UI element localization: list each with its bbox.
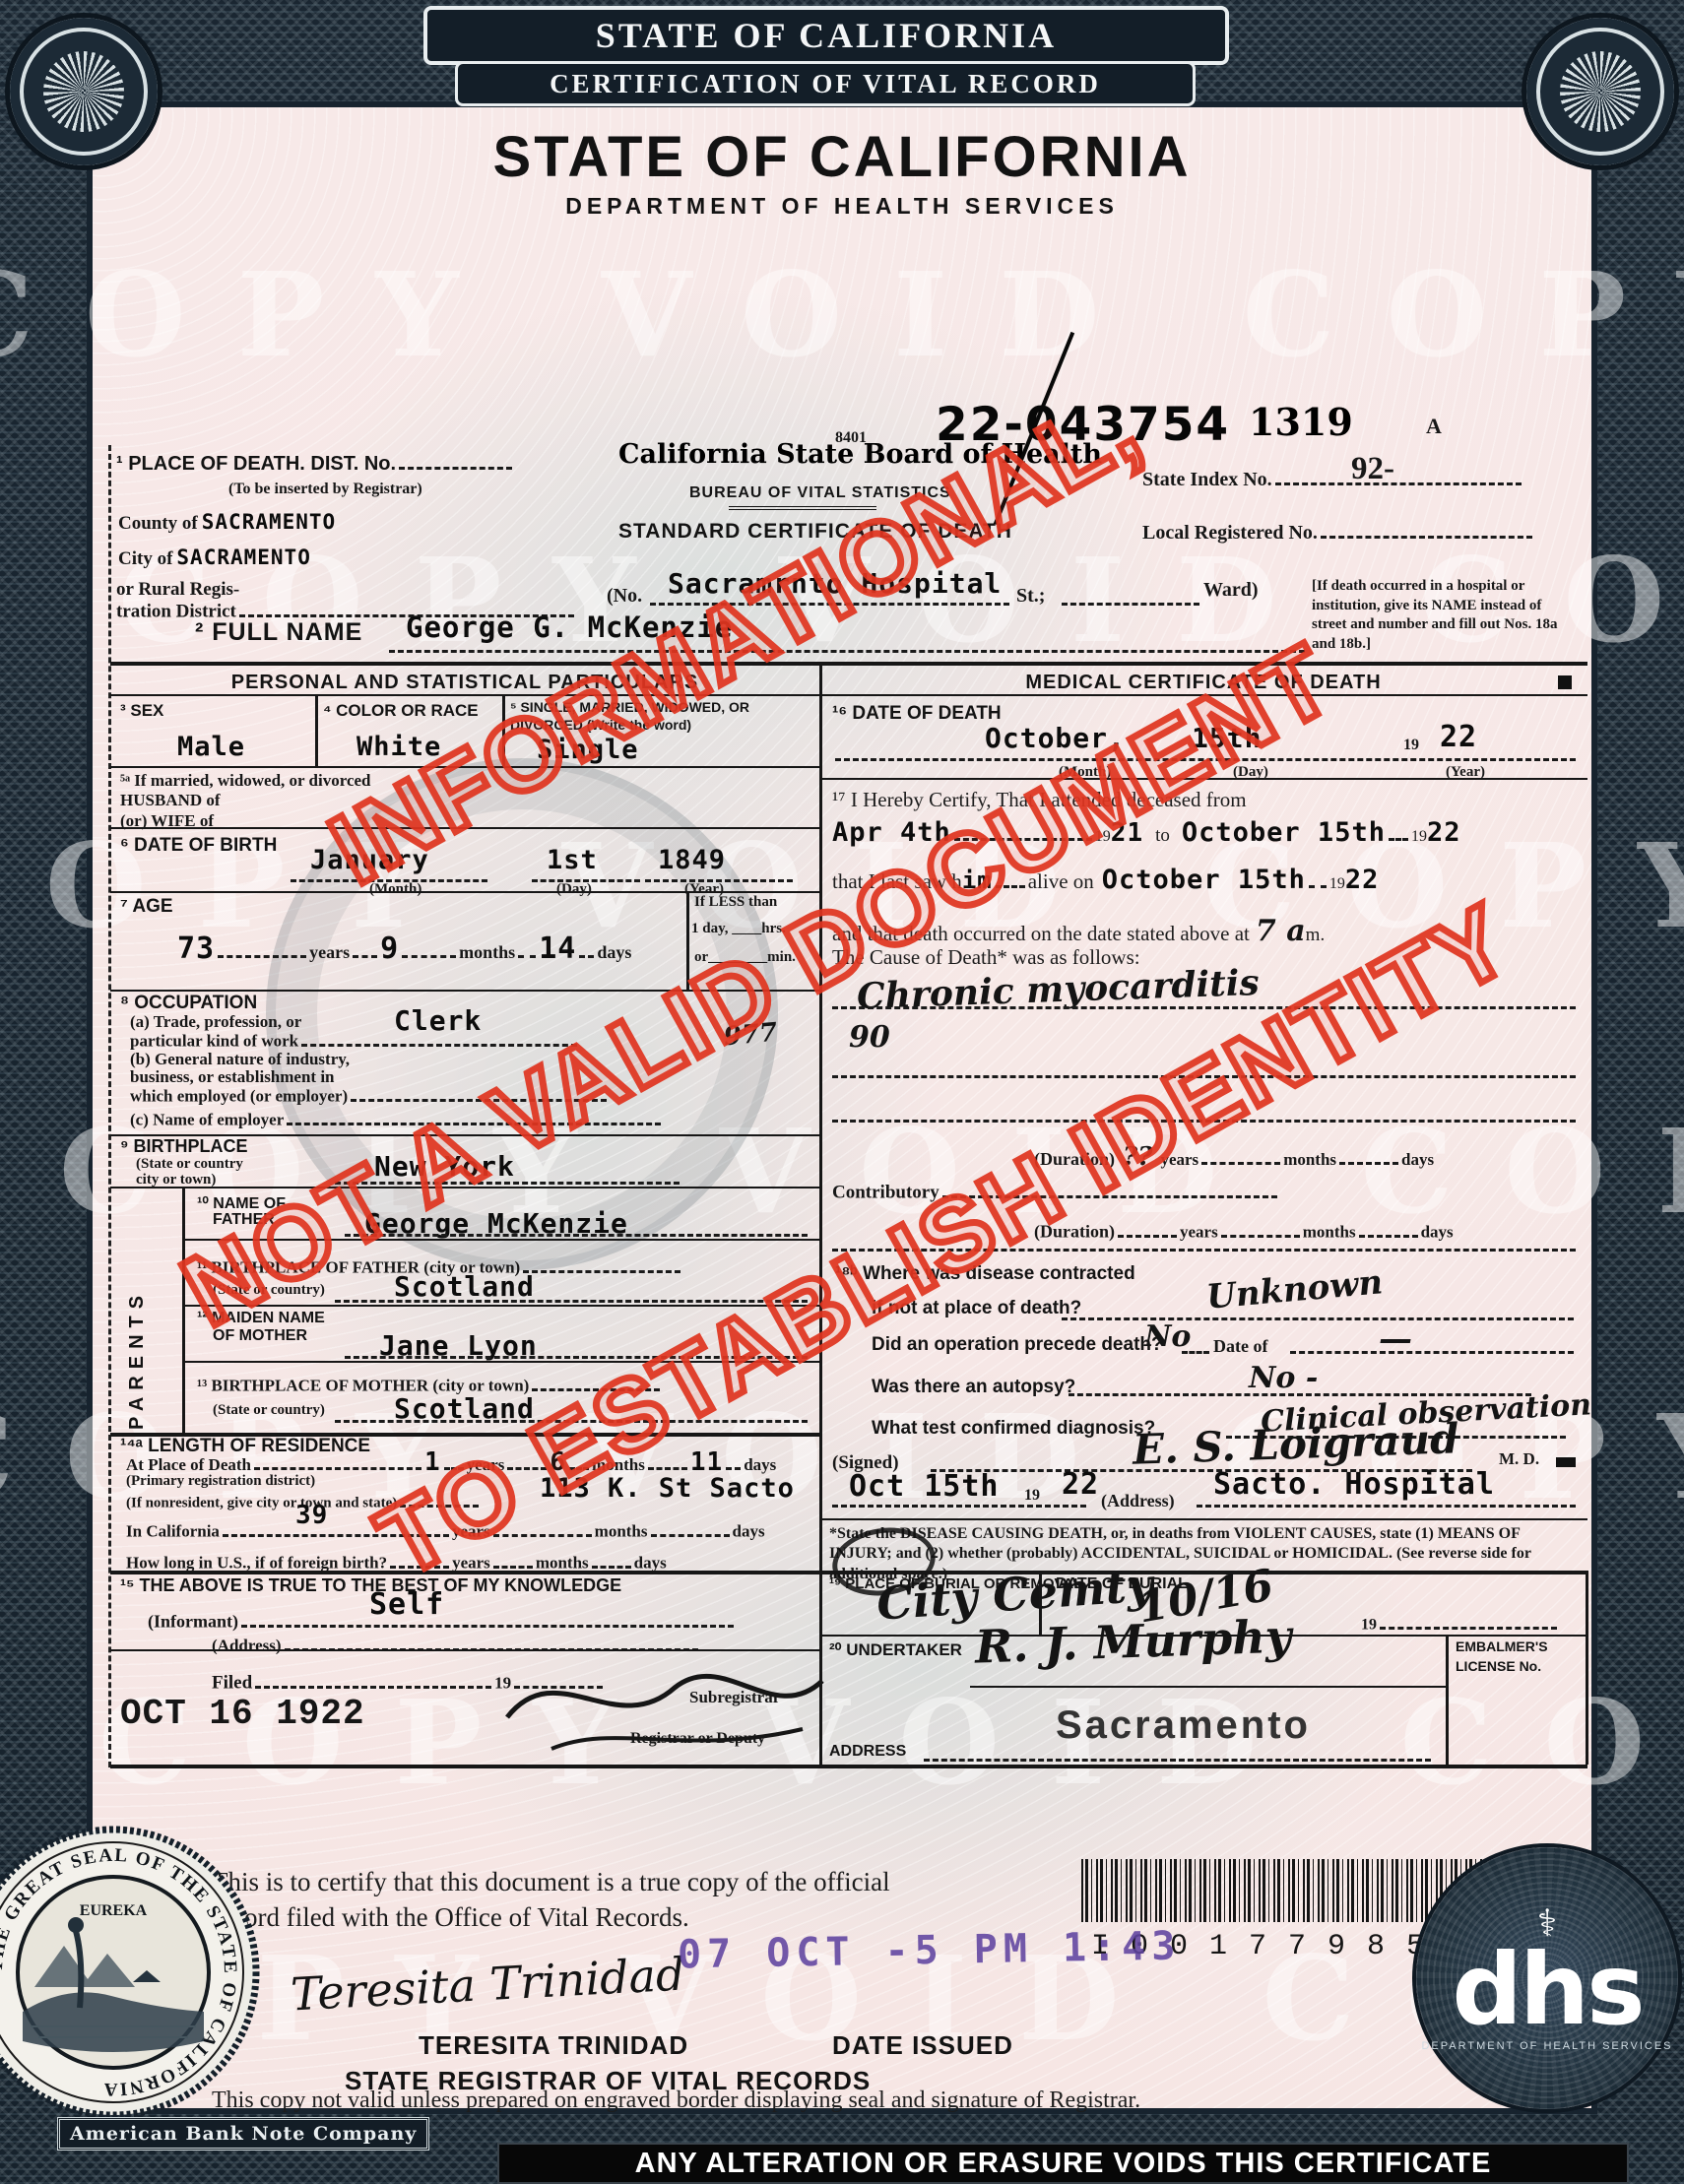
alive-date-value: October 15th xyxy=(1102,865,1306,895)
rule xyxy=(110,891,819,893)
city-label: City of xyxy=(118,548,172,569)
blank-line xyxy=(1309,871,1327,888)
printer-mark xyxy=(1558,675,1572,689)
days-word: days xyxy=(634,1554,667,1573)
blank-line xyxy=(335,1182,680,1185)
registrar-name: TERESITA TRINIDAD xyxy=(419,2030,688,2061)
cell-divider xyxy=(502,694,505,766)
personal-particulars-header: PERSONAL AND STATISTICAL PARTICULARS xyxy=(110,672,819,694)
full-name-value: George G. McKenzie xyxy=(406,610,733,644)
employer-label: (c) Name of employer xyxy=(130,1111,284,1129)
occupation-b-label-1: (b) General nature of industry, xyxy=(130,1050,350,1069)
state-file-number-stamp: 22-043754 xyxy=(936,398,1230,452)
disease-contracted-label-2: if not at place of death? xyxy=(872,1298,1081,1319)
days-word: days xyxy=(1401,1150,1434,1169)
sacramento-stamp: Sacramento xyxy=(1056,1703,1311,1748)
blank-line xyxy=(351,1085,607,1102)
blank-line xyxy=(390,1552,449,1569)
certification-text: This is to certify that this document is… xyxy=(212,1864,890,1936)
autopsy-label: Was there an autopsy? xyxy=(872,1377,1075,1398)
address-caption: (Address) xyxy=(1101,1491,1175,1511)
printer-mark xyxy=(1556,1457,1576,1467)
marital-value: Single xyxy=(537,735,639,765)
blank-line xyxy=(579,941,594,958)
primary-district-caption: (Primary registration district) xyxy=(126,1473,315,1490)
registrar-note: (To be inserted by Registrar) xyxy=(228,481,422,498)
less-than-note-3: or________min. xyxy=(694,949,796,966)
rule xyxy=(110,1765,1587,1768)
years-word: years xyxy=(1180,1223,1218,1242)
dhs-logo: ⚕ dhs DEPARTMENT OF HEALTH SERVICES xyxy=(1416,1847,1678,2109)
top-banner-title: STATE OF CALIFORNIA xyxy=(423,6,1229,65)
rule xyxy=(110,662,1587,666)
county-label: County of xyxy=(118,513,198,534)
death-time-handwritten: 7 a xyxy=(1256,914,1306,948)
month-caption: (Month) xyxy=(369,881,421,898)
blank-line xyxy=(335,1420,808,1423)
signed-date-value: Oct 15th xyxy=(849,1469,1000,1504)
rule xyxy=(110,990,819,992)
rule xyxy=(182,1305,819,1307)
blank-line xyxy=(832,1505,1086,1508)
corner-rosette-icon xyxy=(10,18,158,165)
printed-19: 19 xyxy=(1095,828,1111,845)
days-word: days xyxy=(733,1522,765,1541)
birthplace-value: New York xyxy=(374,1150,515,1183)
months-word: months xyxy=(595,1522,648,1541)
undertaker-label: ²⁰ UNDERTAKER xyxy=(829,1640,962,1660)
duration-handwritten: ?? xyxy=(1123,1142,1152,1172)
form-left-border xyxy=(108,445,111,1767)
cause-code-handwritten: 90 xyxy=(849,1020,890,1055)
rule xyxy=(110,1187,819,1188)
state-country-caption: (State or country) xyxy=(213,1282,325,1299)
occupation-b-label-3: which employed (or employer) xyxy=(130,1087,348,1106)
blank-line xyxy=(648,1453,687,1470)
eureka-motto: EUREKA xyxy=(80,1902,148,1919)
blank-line xyxy=(1062,1317,1574,1320)
banner-subtitle-text: CERTIFICATION OF VITAL RECORD xyxy=(550,69,1101,99)
attended-to-value: October 15th xyxy=(1182,817,1386,848)
standard-certificate-label: STANDARD CERTIFICATE OF DEATH xyxy=(618,520,1012,544)
test-confirmed-label: What test confirmed diagnosis? xyxy=(872,1418,1155,1440)
ward-label: Ward) xyxy=(1203,579,1259,602)
duration-caption: (Duration) xyxy=(1034,1149,1115,1169)
residence-years-value: 1 xyxy=(424,1447,441,1477)
months-word: months xyxy=(536,1554,589,1573)
operation-handwritten: No xyxy=(1144,1319,1191,1354)
autopsy-handwritten: No - xyxy=(1249,1361,1318,1395)
blank-line xyxy=(335,1300,808,1303)
date-issued-label: DATE ISSUED xyxy=(832,2030,1013,2061)
blank-line xyxy=(1275,469,1522,485)
occupation-label: ⁸ OCCUPATION xyxy=(120,993,257,1014)
blank-line xyxy=(493,1520,592,1537)
days-word: days xyxy=(1421,1223,1454,1242)
informant-caption: (Informant) xyxy=(148,1612,238,1632)
cause-of-death-label: The Cause of Death* was as follows: xyxy=(832,945,1140,970)
blank-line xyxy=(493,1552,533,1569)
cell-divider xyxy=(686,891,689,990)
years-word: years xyxy=(467,1455,505,1474)
him-value: im xyxy=(962,867,993,894)
blank-line xyxy=(353,941,377,958)
occupation-b-handwritten: 977 xyxy=(723,1018,779,1053)
faint-state-seal-watermark xyxy=(266,758,778,1270)
dhs-subtext: DEPARTMENT OF HEALTH SERVICES xyxy=(1421,2040,1672,2052)
blank-line xyxy=(651,1520,730,1537)
death-date-label: ¹⁶ DATE OF DEATH xyxy=(832,703,1002,725)
signed-address-value: Sacto. Hospital xyxy=(1213,1467,1495,1502)
index-number: 1319 xyxy=(1249,400,1353,444)
months-word: months xyxy=(1283,1150,1336,1169)
blank-line xyxy=(1221,1221,1300,1238)
mother-name-label-1: ¹² MAIDEN NAME xyxy=(197,1310,325,1327)
m-suffix: m. xyxy=(1306,925,1326,945)
date-issued-stamp: 07 OCT -5 PM 1:43 xyxy=(678,1924,1182,1978)
blank-line xyxy=(832,1120,1576,1123)
alive-year-value: 22 xyxy=(1345,865,1380,895)
blank-line xyxy=(1321,522,1532,539)
father-name-label-1: ¹⁰ NAME OF xyxy=(197,1193,286,1213)
occupation-b-label-2: business, or establishment in xyxy=(130,1067,335,1087)
printed-19: 19 xyxy=(1411,828,1427,845)
blank-line xyxy=(255,1672,491,1689)
months-word: months xyxy=(592,1455,645,1474)
dhs-letters: dhs xyxy=(1452,1943,1642,2036)
marital-label: ⁵ SINGLE, MARRIED, WIDOWED, OR DIVORCED … xyxy=(510,699,810,734)
state-index-label: State Index No. xyxy=(1142,469,1272,490)
printed-19: 19 xyxy=(1403,737,1419,754)
blank-line xyxy=(254,1453,421,1470)
column-divider xyxy=(819,666,822,1765)
local-registered-label: Local Registered No. xyxy=(1142,522,1318,544)
blank-line xyxy=(518,941,536,958)
blank-line xyxy=(954,824,1092,841)
certificate-page: COPY VOID COPY VOID COPY COPY VOID COPY … xyxy=(0,0,1684,2184)
how-long-us-label: How long in U.S., if of foreign birth? xyxy=(126,1554,387,1573)
md-label: M. D. xyxy=(1499,1449,1539,1469)
blank-line xyxy=(1182,1351,1209,1354)
birth-date-label: ⁶ DATE OF BIRTH xyxy=(120,835,277,857)
blank-line xyxy=(1380,1613,1557,1630)
medical-certificate-header: MEDICAL CERTIFICATE OF DEATH xyxy=(819,672,1587,694)
days-word: days xyxy=(744,1455,776,1474)
parents-cell-border xyxy=(182,1187,185,1433)
less-than-note-1: If LESS than xyxy=(694,894,777,911)
embalmer-label-2: LICENSE No. xyxy=(1456,1658,1541,1674)
rule xyxy=(182,1361,819,1363)
registrar-or-deputy-label: Registrar or Deputy xyxy=(630,1730,765,1748)
attended-from-value: Apr 4th xyxy=(832,817,951,848)
birthplace-sub-1: (State or country xyxy=(136,1156,243,1173)
document-title: STATE OF CALIFORNIA xyxy=(87,124,1597,190)
blank-line xyxy=(507,1453,547,1470)
age-years-value: 73 xyxy=(177,931,215,966)
validity-note: This copy not valid unless prepared on e… xyxy=(212,2088,1140,2114)
to-word: to xyxy=(1155,825,1170,846)
occupation-value: Clerk xyxy=(394,1004,482,1037)
blank-line xyxy=(726,1453,741,1470)
father-name-label-2: FATHER xyxy=(213,1211,275,1229)
years-word: years xyxy=(1160,1150,1198,1169)
mother-name-label-2: OF MOTHER xyxy=(213,1327,307,1345)
months-word: months xyxy=(1303,1223,1356,1242)
filed-date-stamp: OCT 16 1922 xyxy=(120,1694,365,1734)
race-value: White xyxy=(356,732,441,762)
blank-line xyxy=(1290,1351,1574,1354)
state-country-caption: (State or country) xyxy=(213,1402,325,1419)
blank-line xyxy=(218,941,306,958)
great-seal-of-california: THE GREAT SEAL OF THE STATE OF CALIFORNI… xyxy=(0,1825,261,2120)
corner-rosette-icon xyxy=(1526,18,1674,165)
rule xyxy=(819,778,1587,780)
blank-line xyxy=(345,1234,808,1237)
blank-line xyxy=(1389,824,1408,841)
cell-divider xyxy=(1446,1635,1449,1765)
county-value: SACRAMENTO xyxy=(202,510,336,534)
years-word: years xyxy=(452,1522,490,1541)
contributory-label: Contributory xyxy=(832,1183,939,1203)
blank-line xyxy=(832,1006,1576,1009)
blank-line xyxy=(996,871,1025,888)
birthplace-label: ⁹ BIRTHPLACE xyxy=(120,1136,248,1157)
filed-label: Filed xyxy=(212,1673,252,1694)
date-of-label: Date of xyxy=(1213,1336,1267,1357)
death-day-value: 15th xyxy=(1192,722,1262,754)
blank-line xyxy=(523,1256,680,1273)
blank-line xyxy=(223,1520,449,1537)
residence-address-value: 113 K. St Sacto xyxy=(540,1473,795,1504)
duration-caption: (Duration) xyxy=(1034,1222,1115,1242)
signed-year-value: 22 xyxy=(1062,1467,1099,1502)
full-name-label: ² FULL NAME xyxy=(195,618,362,647)
bureau-label: BUREAU OF VITAL STATISTICS xyxy=(689,484,951,502)
sex-value: Male xyxy=(177,732,245,762)
printed-19: 19 xyxy=(1329,875,1345,892)
hospital-instruction-note: [If death occurred in a hospital or inst… xyxy=(1312,577,1580,654)
race-label: ⁴ COLOR OR RACE xyxy=(323,701,479,721)
birth-year-value: 1849 xyxy=(658,845,726,875)
cell-divider xyxy=(315,694,318,766)
certification-line-1: This is to certify that this document is… xyxy=(212,1867,890,1896)
alive-on-label: alive on xyxy=(1028,869,1094,893)
address-label: ADDRESS xyxy=(829,1743,906,1761)
rule xyxy=(970,1686,1446,1688)
attended-from-year: 21 xyxy=(1111,818,1143,848)
rule xyxy=(819,1518,1587,1520)
residence-at-label: At Place of Death xyxy=(126,1455,251,1474)
age-label: ⁷ AGE xyxy=(120,896,173,918)
attended-to-year: 22 xyxy=(1427,817,1461,848)
operation-label: Did an operation precede death? xyxy=(872,1334,1163,1356)
blank-line xyxy=(1359,1221,1418,1238)
occupation-a-label-2: particular kind of work xyxy=(130,1032,298,1051)
death-year-value: 22 xyxy=(1440,720,1477,754)
married-note-line2: HUSBAND of xyxy=(120,791,221,809)
certification-line-2: record filed with the Office of Vital Re… xyxy=(212,1902,689,1932)
blank-line xyxy=(345,1356,808,1359)
blank-line xyxy=(287,1109,661,1125)
no-paren-label: (No. xyxy=(607,585,642,608)
occupation-a-label-1: (a) Trade, profession, or xyxy=(130,1012,301,1032)
blank-line xyxy=(569,1453,589,1470)
age-days-value: 14 xyxy=(539,931,576,966)
document-subtitle: DEPARTMENT OF HEALTH SERVICES xyxy=(87,193,1597,220)
blank-line xyxy=(835,758,1576,761)
married-note: ⁵ᵃ If married, widowed, or divorced HUSB… xyxy=(120,771,371,831)
blank-line xyxy=(444,1453,464,1470)
months-word: months xyxy=(459,942,515,962)
rural-district-label-1: or Rural Regis- xyxy=(116,579,239,601)
banner-title-text: STATE OF CALIFORNIA xyxy=(596,15,1057,56)
death-occurred-label: and that death occurred on the date stat… xyxy=(832,922,1250,945)
rule xyxy=(729,506,876,510)
death-month-value: October, xyxy=(985,722,1126,754)
less-than-note-2: 1 day, ____hrs. xyxy=(691,921,786,937)
void-copy-watermark: COPY VOID COPY VOID COPY xyxy=(0,246,1684,383)
blank-line xyxy=(650,603,1009,606)
top-banner-subtitle: CERTIFICATION OF VITAL RECORD xyxy=(455,61,1196,106)
birth-month-value: January xyxy=(310,845,429,875)
blank-line xyxy=(1339,1148,1398,1165)
bank-note-company-label: American Bank Note Company xyxy=(57,2117,429,2151)
blank-line xyxy=(832,1075,1576,1078)
certify-statement: ¹⁷ I Hereby Certify, That I attended dec… xyxy=(832,788,1247,812)
birth-day-value: 1st xyxy=(547,845,598,875)
rule xyxy=(182,1239,819,1241)
parents-vertical-label: PARENTS xyxy=(126,1203,149,1430)
blank-line xyxy=(592,1552,631,1569)
blank-line xyxy=(399,453,512,470)
subregistrar-label: Subregistrar xyxy=(689,1688,780,1707)
embalmer-label-1: EMBALMER'S xyxy=(1456,1638,1548,1654)
age-months-value: 9 xyxy=(380,931,399,966)
father-birthplace-value: Scotland xyxy=(394,1270,535,1303)
blank-line xyxy=(402,941,456,958)
city-value: SACRAMENTO xyxy=(176,546,310,569)
printed-19: 19 xyxy=(1024,1487,1040,1505)
rule xyxy=(110,827,819,829)
married-note-line1: ⁵ᵃ If married, widowed, or divorced xyxy=(120,771,371,790)
undertaker-signature: R. J. Murphy xyxy=(974,1609,1292,1673)
address-caption: (Address) xyxy=(212,1637,282,1655)
disease-contracted-label-1: ¹⁸ᵇ Where was disease contracted xyxy=(835,1263,1135,1285)
blank-line xyxy=(1062,603,1199,606)
blank-line xyxy=(532,1375,660,1391)
blank-line xyxy=(924,1759,1431,1762)
blank-line xyxy=(1197,1505,1576,1508)
street-label: St.; xyxy=(1016,585,1045,608)
alteration-warning-bar: ANY ALTERATION OR ERASURE VOIDS THIS CER… xyxy=(497,2143,1629,2184)
rule xyxy=(110,694,1587,696)
nonresident-caption: (If nonresident, give city or town and s… xyxy=(126,1496,397,1511)
blank-line xyxy=(400,1491,479,1508)
in-california-label: In California xyxy=(126,1522,220,1541)
blank-line xyxy=(1201,1148,1280,1165)
blank-line xyxy=(389,650,1305,653)
years-word: years xyxy=(309,942,350,962)
place-of-death-label: ¹ PLACE OF DEATH. DIST. No. xyxy=(116,453,396,475)
rule xyxy=(110,766,819,768)
index-letter: A xyxy=(1426,414,1442,439)
days-word: days xyxy=(597,942,631,962)
blank-line xyxy=(942,1182,1277,1198)
blank-line xyxy=(832,1249,1576,1252)
sex-label: ³ SEX xyxy=(120,701,163,721)
blank-line xyxy=(1118,1221,1177,1238)
printed-19: 19 xyxy=(1361,1617,1377,1634)
rule xyxy=(110,1571,819,1574)
hospital-value: Sacramrnto Hospital xyxy=(668,567,1002,600)
blank-line xyxy=(241,1611,734,1628)
years-word: years xyxy=(452,1554,490,1573)
day-caption: (Day) xyxy=(556,881,592,898)
form-right-border xyxy=(1586,1571,1588,1765)
last-saw-label: that I last saw h xyxy=(832,869,962,893)
